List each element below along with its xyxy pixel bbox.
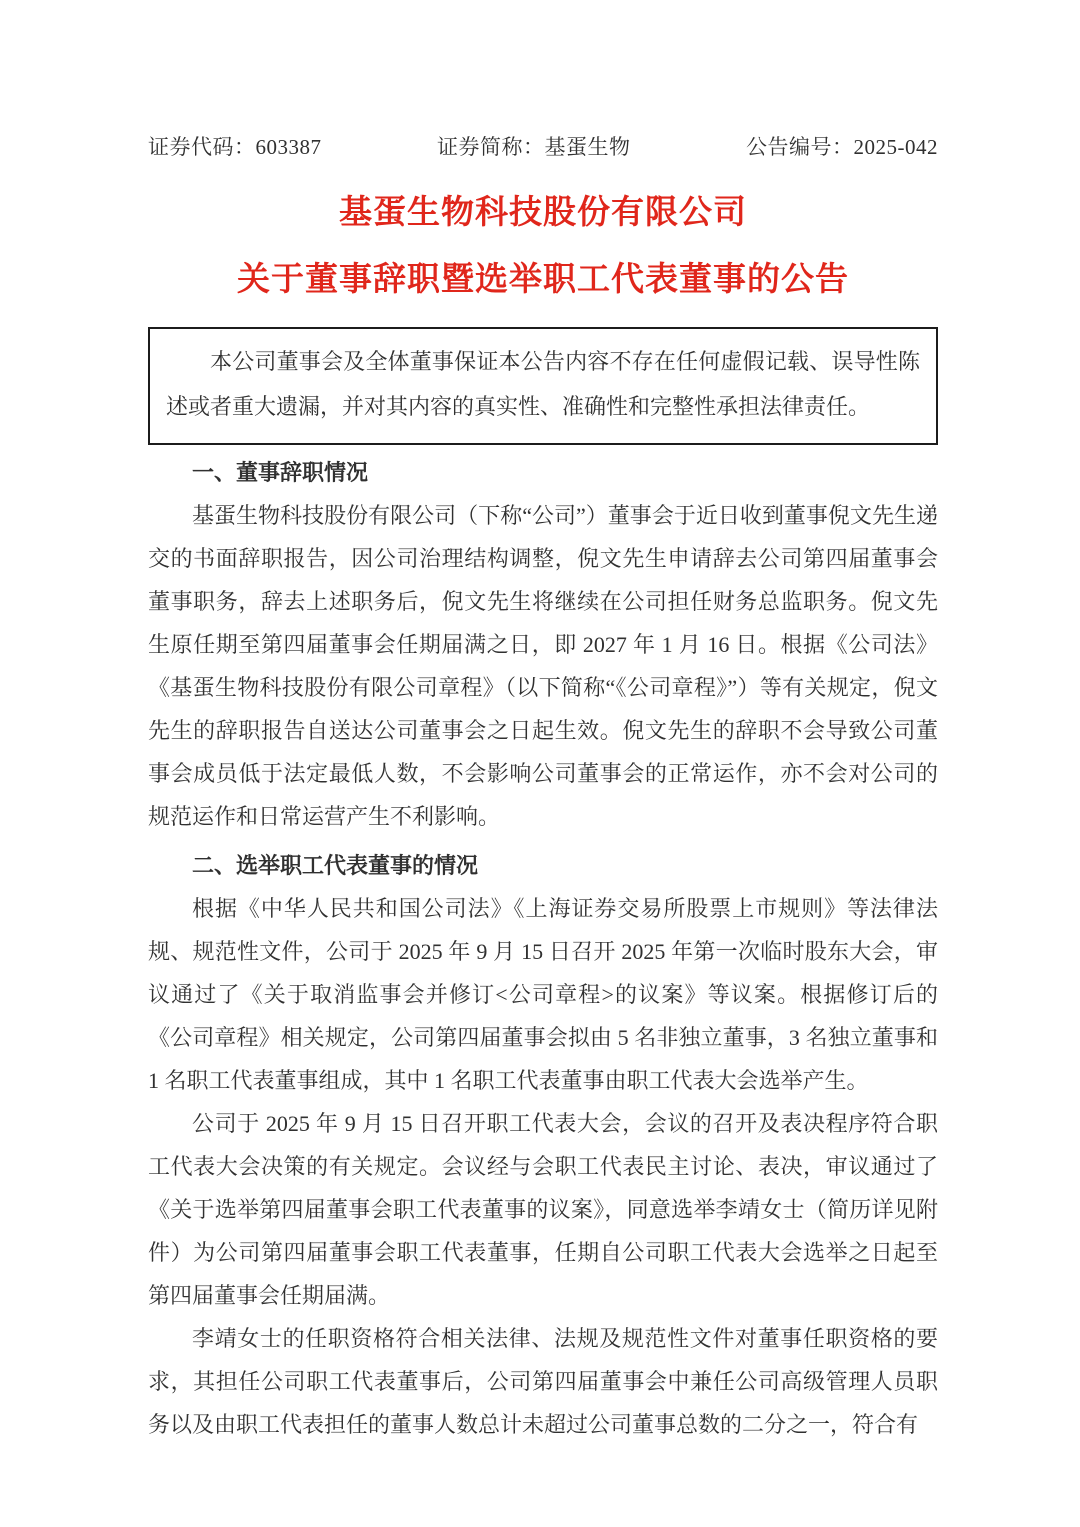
section-2-heading: 二、选举职工代表董事的情况 bbox=[148, 838, 938, 887]
section-2-paragraph-2: 公司于 2025 年 9 月 15 日召开职工代表大会，会议的召开及表决程序符合… bbox=[148, 1102, 938, 1317]
section-1-heading: 一、董事辞职情况 bbox=[148, 445, 938, 494]
disclaimer-box: 本公司董事会及全体董事保证本公告内容不存在任何虚假记载、误导性陈述或者重大遗漏，… bbox=[148, 327, 938, 445]
disclaimer-text: 本公司董事会及全体董事保证本公告内容不存在任何虚假记载、误导性陈述或者重大遗漏，… bbox=[166, 339, 920, 429]
section-1-paragraph-1: 基蛋生物科技股份有限公司（下称“公司”）董事会于近日收到董事倪文先生递交的书面辞… bbox=[148, 494, 938, 838]
section-2-paragraph-3: 李靖女士的任职资格符合相关法律、法规及规范性文件对董事任职资格的要求，其担任公司… bbox=[148, 1317, 938, 1446]
stock-name-label: 证券简称：基蛋生物 bbox=[437, 131, 631, 161]
document-header: 证券代码：603387 证券简称：基蛋生物 公告编号：2025-042 bbox=[148, 131, 938, 161]
stock-code-label: 证券代码：603387 bbox=[148, 131, 322, 161]
company-name-title: 基蛋生物科技股份有限公司 bbox=[148, 195, 938, 228]
section-2-paragraph-1: 根据《中华人民共和国公司法》《上海证券交易所股票上市规则》等法律法规、规范性文件… bbox=[148, 887, 938, 1102]
page-content: 证券代码：603387 证券简称：基蛋生物 公告编号：2025-042 基蛋生物… bbox=[148, 0, 938, 1446]
announcement-page: 证券代码：603387 证券简称：基蛋生物 公告编号：2025-042 基蛋生物… bbox=[0, 0, 1080, 1527]
announcement-number-label: 公告编号：2025-042 bbox=[746, 131, 938, 161]
announcement-subject-title: 关于董事辞职暨选举职工代表董事的公告 bbox=[148, 262, 938, 295]
